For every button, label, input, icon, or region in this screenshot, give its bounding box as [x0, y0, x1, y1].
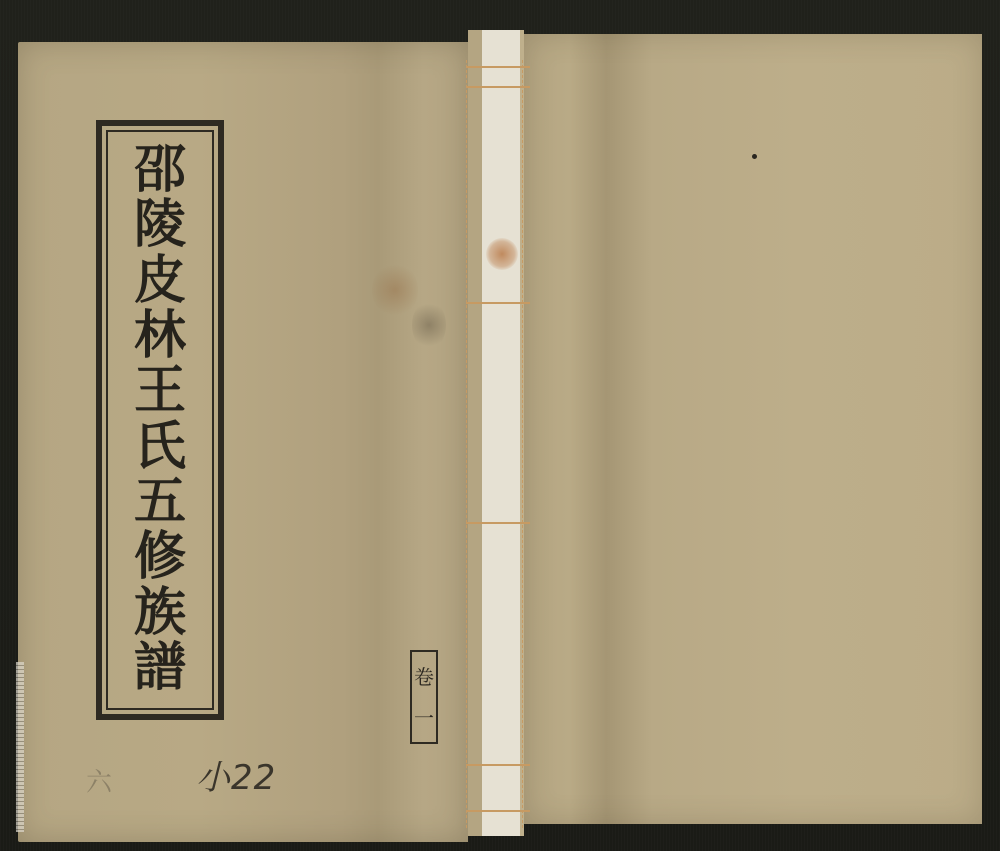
- handwritten-mark-faint: 六: [86, 762, 112, 799]
- page-edge: [16, 662, 24, 832]
- volume-char: 一: [414, 707, 434, 729]
- title-char: 修: [134, 531, 186, 583]
- title-char: 譜: [134, 642, 186, 694]
- title-char: 邵: [134, 144, 186, 196]
- binding-stitch-4: [466, 522, 530, 524]
- dirt-smudge: [412, 300, 446, 350]
- volume-label: 卷 一: [410, 650, 438, 744]
- binding-stitch-1: [466, 66, 530, 68]
- book-spine: [468, 30, 524, 836]
- handwritten-catalog-code: 小22: [196, 750, 276, 799]
- stain-smudge: [372, 262, 418, 318]
- title-label-frame: 邵 陵 皮 林 王 氏 五 修 族 譜: [96, 120, 224, 720]
- binding-thread-left: [466, 60, 467, 830]
- title-char: 王: [134, 365, 186, 417]
- title-char: 皮: [134, 255, 186, 307]
- title-char: 氏: [134, 421, 186, 473]
- title-char: 族: [134, 587, 186, 639]
- back-cover-panel: [18, 42, 468, 842]
- binding-thread-right: [522, 60, 523, 830]
- title-char: 陵: [134, 199, 186, 251]
- title-char: 林: [134, 310, 186, 362]
- volume-char: 卷: [414, 666, 434, 688]
- ink-spot: [752, 154, 757, 159]
- binding-stitch-6: [466, 810, 530, 812]
- title-label: 邵 陵 皮 林 王 氏 五 修 族 譜: [106, 130, 214, 710]
- title-char: 五: [134, 476, 186, 528]
- binding-stitch-2: [466, 86, 530, 88]
- front-cover-panel: [524, 34, 982, 824]
- spine-stain: [486, 238, 518, 270]
- binding-stitch-3: [466, 302, 530, 304]
- binding-stitch-5: [466, 764, 530, 766]
